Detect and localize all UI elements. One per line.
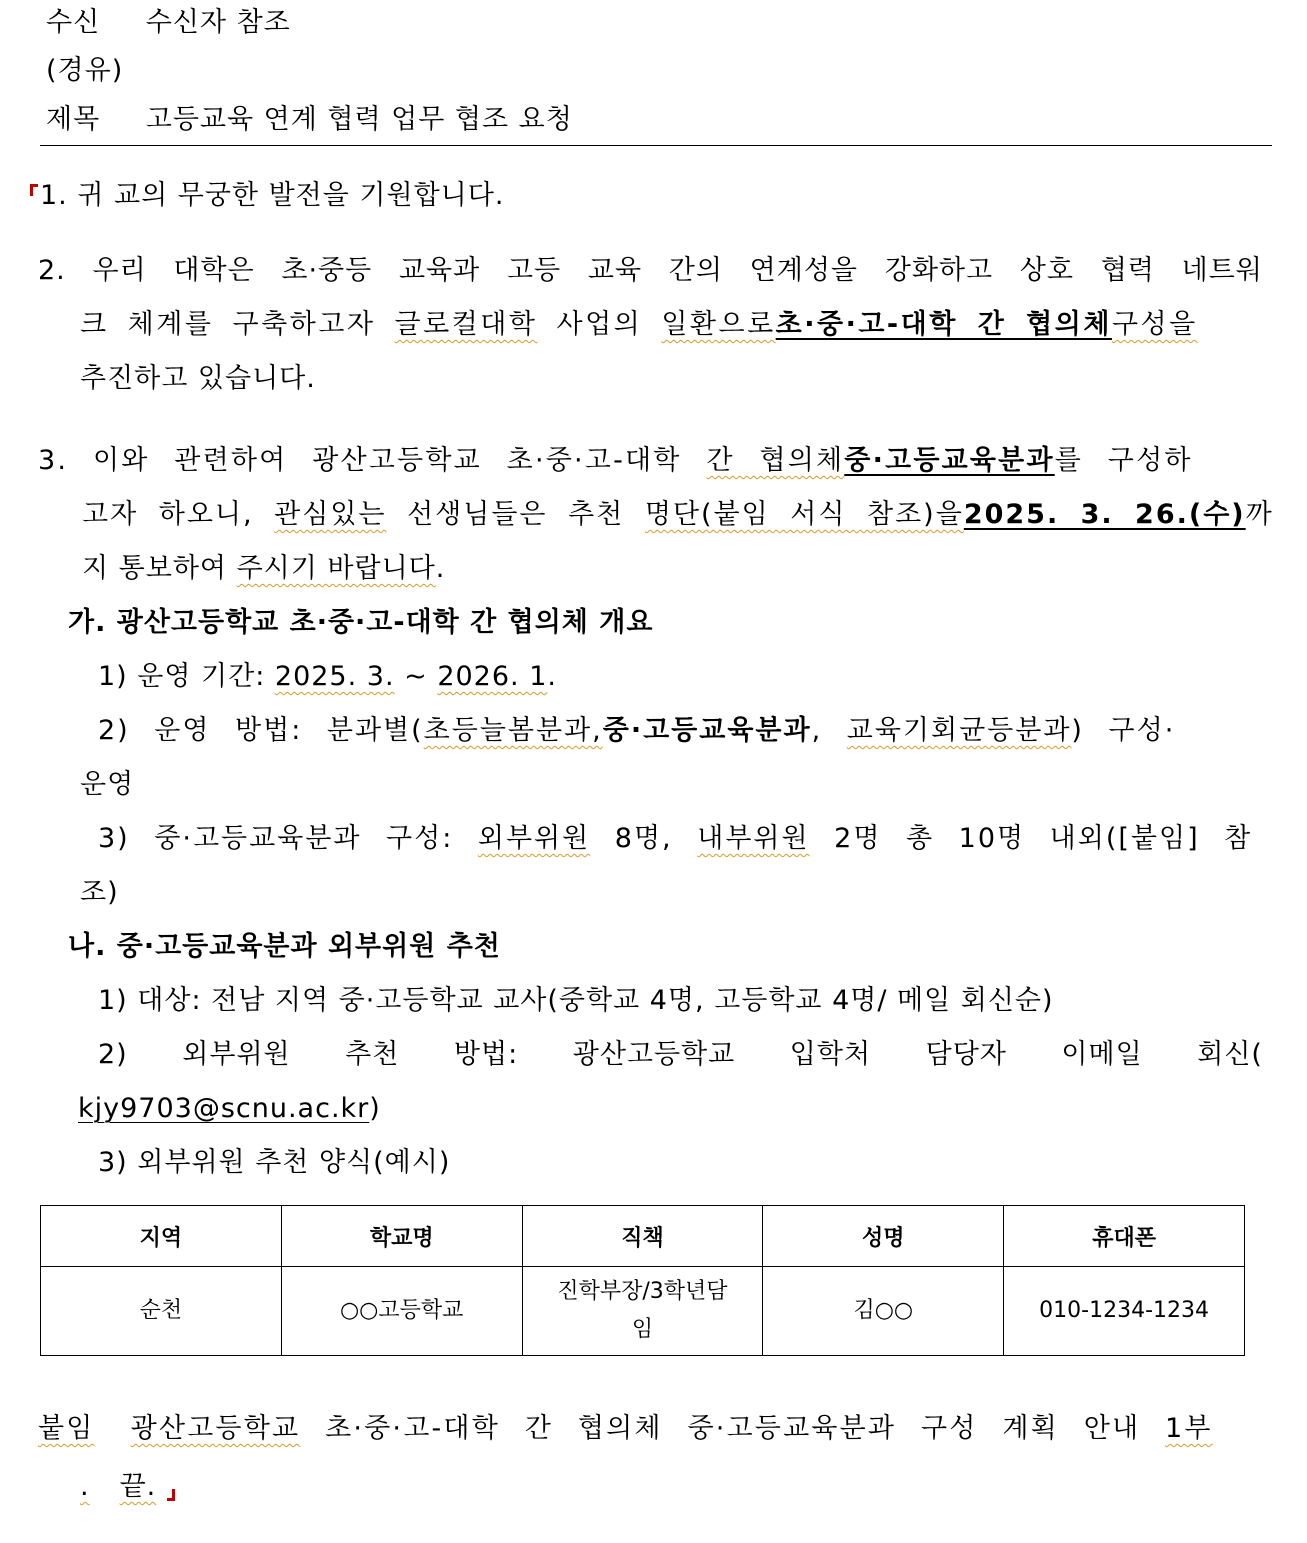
recipient-line: 수신 수신자 참조 — [46, 6, 291, 40]
council-name-emphasis: 초·중·고-대학 간 협의체 — [776, 309, 1112, 340]
section-na-item-3: 3) 외부위원 추천 양식(예시) — [98, 1146, 450, 1180]
paragraph-2-line-3: 추진하고 있습니다. — [80, 362, 316, 396]
cell-name: 김○○ — [763, 1267, 1004, 1356]
recipient-value: 수신자 참조 — [146, 7, 291, 38]
paragraph-3-line-3: 지 통보하여 주시기 바랍니다. — [82, 552, 445, 586]
cell-school: ○○고등학교 — [281, 1267, 522, 1356]
body-end-mark-icon — [167, 1489, 175, 1501]
paragraph-2-line-1: 2. 우리 대학은 초·중등 교육과 고등 교육 간의 연계성을 강화하고 상호… — [38, 254, 1263, 288]
cell-position: 진학부장/3학년담 임 — [522, 1267, 763, 1356]
via-line: (경유) — [46, 54, 123, 88]
paragraph-1: 1. 귀 교의 무궁한 발전을 기원합니다. — [40, 179, 504, 213]
section-ga-title: 가. 광산고등학교 초·중·고-대학 간 협의체 개요 — [68, 606, 653, 640]
cell-region: 순천 — [41, 1267, 282, 1356]
section-na-item-1: 1) 대상: 전남 지역 중·고등학교 교사(중학교 4명, 고등학교 4명/ … — [98, 984, 1054, 1018]
section-ga-item-1: 1) 운영 기간: 2025. 3. ~ 2026. 1. — [98, 660, 557, 694]
cell-phone: 010-1234-1234 — [1004, 1267, 1245, 1356]
paragraph-3-line-1: 3. 이와 관련하여 광산고등학교 초·중·고-대학 간 협의체중·고등교육분과… — [38, 444, 1193, 478]
section-ga-item-3-cont: 조) — [80, 876, 119, 910]
section-ga-item-2-cont: 운영 — [80, 768, 134, 802]
subject-line: 제목 고등교육 연계 협력 업무 협조 요청 — [46, 103, 573, 137]
contact-email-link[interactable]: kjy9703@scnu.ac.kr — [78, 1093, 369, 1124]
table-row: 순천 ○○고등학교 진학부장/3학년담 임 김○○ 010-1234-1234 — [41, 1267, 1245, 1356]
section-na-item-2: 2) 외부위원 추천 방법: 광산고등학교 입학처 담당자 이메일 회신( — [98, 1038, 1263, 1072]
body-start-mark-icon — [30, 184, 38, 196]
recommendation-form-table: 지역 학교명 직책 성명 휴대폰 순천 ○○고등학교 진학부장/3학년담 임 김… — [40, 1205, 1245, 1356]
section-ga-item-2: 2) 운영 방법: 분과별(초등늘봄분과,중·고등교육분과, 교육기회균등분과)… — [98, 714, 1175, 748]
paragraph-2-line-2: 크 체계를 구축하고자 글로컬대학 사업의 일환으로초·중·고-대학 간 협의체… — [80, 308, 1198, 342]
section-na-title: 나. 중·고등교육분과 외부위원 추천 — [68, 930, 501, 964]
document-end: 끝. — [120, 1471, 157, 1502]
attachment-end-line: .끝. — [80, 1470, 156, 1504]
column-header-region: 지역 — [41, 1206, 282, 1267]
column-header-name: 성명 — [763, 1206, 1004, 1267]
subject-value: 고등교육 연계 협력 업무 협조 요청 — [146, 104, 573, 135]
section-ga-item-3: 3) 중·고등교육분과 구성: 외부위원 8명, 내부위원 2명 총 10명 내… — [98, 822, 1252, 856]
recipient-label: 수신 — [46, 7, 100, 38]
attachment-label: 붙임 — [38, 1413, 95, 1444]
table-header-row: 지역 학교명 직책 성명 휴대폰 — [41, 1206, 1245, 1267]
deadline-date: 2025. 3. 26.(수) — [964, 499, 1246, 530]
column-header-position: 직책 — [522, 1206, 763, 1267]
division-name-emphasis: 중·고등교육분과 — [844, 445, 1054, 476]
subject-label: 제목 — [46, 104, 100, 135]
paragraph-3-line-2: 고자 하오니, 관심있는 선생님들은 추천 명단(붙임 서식 참조)을2025.… — [82, 498, 1274, 532]
attachment-line: 붙임광산고등학교 초·중·고-대학 간 협의체 중·고등교육분과 구성 계획 안… — [38, 1412, 1213, 1446]
section-na-item-2-cont: kjy9703@scnu.ac.kr) — [78, 1092, 381, 1126]
column-header-phone: 휴대폰 — [1004, 1206, 1245, 1267]
column-header-school: 학교명 — [281, 1206, 522, 1267]
header-divider — [40, 145, 1272, 146]
